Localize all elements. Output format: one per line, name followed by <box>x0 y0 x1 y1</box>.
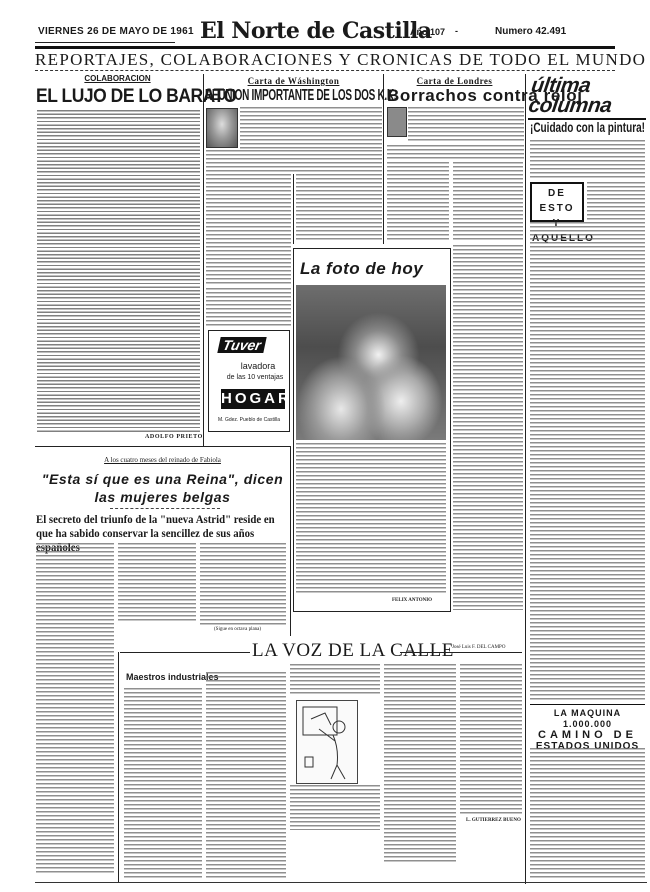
article-body <box>200 543 286 625</box>
article-body <box>36 543 114 873</box>
article-body <box>118 543 196 623</box>
divider <box>528 118 646 120</box>
article-body <box>206 150 382 172</box>
article-lujo: COLABORACION <box>35 74 200 83</box>
page-bottom-rule <box>35 882 647 883</box>
article-body <box>124 688 202 878</box>
column-title-line1: última <box>530 76 648 96</box>
article-headline: "Esta sí que es una Reina", dicen las mu… <box>35 470 290 506</box>
wrestling-photo <box>296 285 446 440</box>
column-title-line2: columna <box>527 96 645 116</box>
article-body <box>296 174 382 240</box>
article-kicker: Carta de Wáshington <box>206 76 381 86</box>
article-headline: ¡Cuidado con la pintura! <box>530 121 645 136</box>
box-line: DE ESTO <box>532 186 582 216</box>
divider <box>35 446 290 447</box>
article-body <box>387 145 524 159</box>
article-body <box>530 222 645 702</box>
masthead-date: VIERNES 26 DE MAYO DE 1961 <box>38 26 194 37</box>
ad-product: HOGAR <box>221 389 285 409</box>
article-body <box>453 162 523 242</box>
ad-address: M. Gdez. Pueblo de Castilla <box>211 417 287 423</box>
article-kicker: Carta de Londres <box>386 76 523 86</box>
column-rule <box>293 174 294 244</box>
article-headline: REUNION IMPORTANTE DE LOS DOS K.K. <box>205 87 396 105</box>
article-body <box>206 288 291 326</box>
divider <box>530 704 645 705</box>
article-body <box>206 672 286 878</box>
advertisement: Tuver lavadora de las 10 ventajas HOGAR … <box>208 330 290 432</box>
article-kicker: A los cuatro meses del reinado de Fabiol… <box>35 456 290 464</box>
maquina-headline: LA MAQUINA 1.000.000 CAMINO DE ESTADOS U… <box>530 708 645 752</box>
article-body <box>587 182 645 220</box>
newspaper-title: El Norte de Castilla <box>200 18 432 44</box>
divider <box>35 42 175 43</box>
article-body <box>453 245 523 610</box>
column-rule <box>525 74 526 884</box>
divider <box>120 652 250 653</box>
divider <box>35 70 615 73</box>
article-body <box>530 748 645 878</box>
article-headline: Maestros industriales <box>126 672 219 682</box>
ad-brand: Tuver <box>217 337 266 353</box>
article-body <box>206 174 291 284</box>
ad-tagline: lavadora <box>229 361 287 371</box>
column-title: última columna <box>527 76 648 116</box>
headline-line: CAMINO DE <box>530 730 645 741</box>
column-rule <box>203 74 204 446</box>
de-esto-y-aquello-box: DE ESTO Y AQUELLO <box>530 182 584 222</box>
cartoon-caption <box>290 785 380 830</box>
cartoon-sketch <box>296 700 358 784</box>
article-body <box>37 110 200 433</box>
article-body <box>530 140 645 180</box>
article-body <box>387 162 449 242</box>
capitol-illustration <box>206 108 238 148</box>
illustration <box>387 107 407 137</box>
article-body <box>460 664 522 814</box>
photo-byline: FELIX ANTONIO <box>392 598 432 603</box>
column-rule <box>290 446 291 636</box>
masthead-year: Año 107 <box>410 27 445 37</box>
continued-note: (Sigue en octava plana) <box>214 627 261 632</box>
article-byline: ADOLFO PRIETO <box>145 434 203 440</box>
article-kicker: COLABORACION <box>35 74 200 83</box>
issue-number: Numero 42.491 <box>495 26 566 37</box>
divider <box>400 652 522 653</box>
masthead-separator: - <box>455 26 458 36</box>
man-painting-icon <box>297 701 357 783</box>
column-rule <box>118 652 119 882</box>
divider <box>35 46 615 49</box>
photo-title: La foto de hoy <box>300 259 423 279</box>
divider <box>110 508 220 509</box>
article-byline: José Luis F. DEL CAMPO <box>452 645 505 650</box>
article-body <box>384 664 456 864</box>
ad-tagline: de las 10 ventajas <box>223 373 287 383</box>
headline-line: LA MAQUINA 1.000.000 <box>530 708 645 730</box>
article-body <box>408 107 524 143</box>
photo-caption <box>296 443 446 595</box>
section-banner: REPORTAJES, COLABORACIONES Y CRONICAS DE… <box>35 50 615 70</box>
section-title: LA VOZ DE LA CALLE <box>252 640 454 662</box>
article-body <box>240 107 382 149</box>
article-body <box>290 664 380 694</box>
article-byline: L. GUTIERREZ BUENO <box>466 818 521 823</box>
